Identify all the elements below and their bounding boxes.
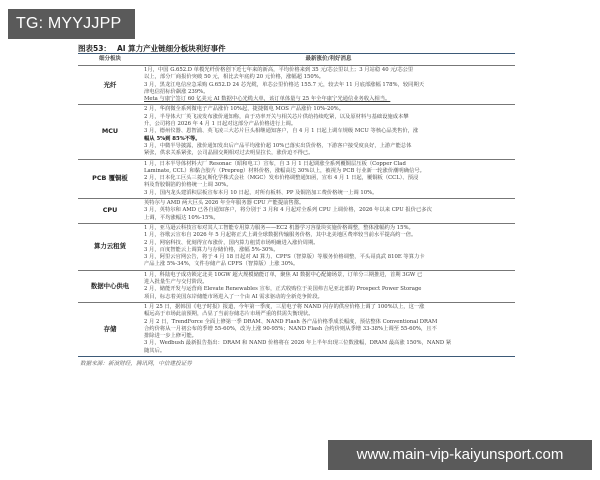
text-line: 以上，部分厂商报价突破 50 元，相比去年底约 20 元价格，涨幅超 150%。: [144, 74, 513, 81]
text-line: 3 月，英特尔和 AMD 已各自通知客户，将分别于 3 月和 4 月起对全系列 …: [144, 207, 513, 214]
content-cell: 1 月，科陆电子成功锁定北美 10GW 超大规模储能订单，聚焦 AI 数据中心配…: [142, 270, 515, 302]
category-cell: 存储: [78, 302, 142, 356]
text-line: 3 月，黑龙江电信应急采购 G.652.D 24 芯光缆，单芯公里价格达 155…: [144, 82, 513, 89]
text-line: 3 月，国内龙头建滔积层板宣布本月 10 日起，对所有板料、PP 及铜箔加工费价…: [144, 190, 513, 197]
events-table: 细分板块 最新涨价/利好消息 光纤 1月，中国 G.652.D 单模光纤价格创下…: [78, 54, 515, 357]
content-cell: 1 月 25 日，据韩国《电子时报》报道，今年第一季度，三星电子将 NAND 闪…: [142, 302, 515, 356]
text-line: 合约价将从一月初公布的季增 55-60%，改为上涨 90-95%；NAND Fl…: [144, 326, 513, 333]
text-line: 1 月，科陆电子成功锁定北美 10GW 超大规模储能订单，聚焦 AI 数据中心配…: [144, 272, 513, 279]
watermark-top-left: TG: MYYJJPP: [8, 9, 135, 39]
category-cell: 数据中心供电: [78, 270, 142, 302]
text-line: 2 月，半导体大厂英飞凌发布涨价通知称，由于功率开关与相关芯片供给持续吃紧，以及…: [144, 114, 513, 121]
data-source-note: 数据来源：新浪财经，腾讯网，中信建投证券: [78, 359, 515, 367]
table-row-pcb-ccl: PCB 覆铜板 1 月，日本半导体材料大厂 Resonac（昭和电工）宣布，自 …: [78, 159, 515, 198]
content-cell: 1月，中国 G.652.D 单模光纤价格创下近七年来的新高，平均价格来到 35 …: [142, 66, 515, 105]
text-line: Meta 与康宁签订 60 亿美元 AI 数据中心光缆大单，该订单体量与 25 …: [144, 96, 513, 103]
text-line: 3 月，Wedbush 最新报告指出：DRAM 和 NAND 价格将在 2026…: [144, 340, 513, 347]
text-line: 1 月，谷歌云宣布自 2026 年 5 月起将正式上调全球数据传输服务价格，其中…: [144, 232, 513, 239]
text-line: 幅从 5%到 85%不等。: [144, 136, 513, 143]
table-row-cloud-compute-rental: 算力云租赁 1 月，亚马逊云科技宣布对其人工智能专用算力服务——EC2 机器学习…: [78, 223, 515, 270]
table-row-datacenter-power: 数据中心供电 1 月，科陆电子成功锁定北美 10GW 超大规模储能订单，聚焦 A…: [78, 270, 515, 302]
content-cell: 2 月，华润微全系列微电子产品涨价 10%起，捷捷微电 MOS 产品涨价 10%…: [142, 105, 515, 159]
category-cell: 算力云租赁: [78, 223, 142, 270]
table-row-storage: 存储 1 月 25 日，据韩国《电子时报》报道，今年第一季度，三星电子将 NAN…: [78, 302, 515, 356]
watermark-bottom-right: www.main-vip-kaiyunsport.com: [328, 440, 592, 470]
content-cell: 英特尔与 AMD 两大巨头 2026 年全年服务器 CPU 产能提前售罄。 3 …: [142, 199, 515, 224]
header-news: 最新涨价/利好消息: [142, 54, 515, 66]
figure-number: 图表53：: [78, 44, 111, 53]
table-header-row: 细分板块 最新涨价/利好消息: [78, 54, 515, 66]
figure-title-text: AI 算力产业链细分板块利好事件: [117, 44, 226, 53]
text-line: 2 月，储能开发与运营商 Elevate Renewables 宣布，正式收购位…: [144, 286, 513, 293]
text-line: 项目，标志着美国东岸储能市场进入了一个由 AI 需求驱动的全新竞争阶段。: [144, 294, 513, 301]
text-line: 幅远高于市场此前预期，凸显了当前存储芯片市场严重的供需失衡现状。: [144, 311, 513, 318]
text-line: 料及背胶铜箔的价格统一上调 30%。: [144, 182, 513, 189]
text-line: 紧张，供求关系紧张，公司晶圆交期相对过去明显拉长，涨价迫不得已。: [144, 150, 513, 157]
text-line: 2 月，网宿科技、优刻得宣布涨价，国内算力租赁市场明确进入涨价周期。: [144, 240, 513, 247]
text-line: 2 月 2 日，TrendForce 全面上修第一季 DRAM、NAND Fla…: [144, 319, 513, 326]
text-line: 1 月，日本半导体材料大厂 Resonac（昭和电工）宣布，自 3 月 1 日起…: [144, 161, 513, 168]
content-cell: 1 月，亚马逊云科技宣布对其人工智能专用算力服务——EC2 机器学习容量块实施价…: [142, 223, 515, 270]
category-cell: PCB 覆铜板: [78, 159, 142, 198]
figure-title: 图表53：AI 算力产业链细分板块利好事件: [78, 44, 515, 54]
category-cell: 光纤: [78, 66, 142, 105]
text-line: 3 月，德州仪器、恩智浦、英飞凌三大芯片巨头相继通知客户，自 4 月 1 日起上…: [144, 128, 513, 135]
category-cell: CPU: [78, 199, 142, 224]
category-cell: MCU: [78, 105, 142, 159]
table-row-mcu: MCU 2 月，华润微全系列微电子产品涨价 10%起，捷捷微电 MOS 产品涨价…: [78, 105, 515, 159]
text-line: 2 月，华润微全系列微电子产品涨价 10%起，捷捷微电 MOS 产品涨价 10%…: [144, 106, 513, 113]
table-row-cpu: CPU 英特尔与 AMD 两大巨头 2026 年全年服务器 CPU 产能提前售罄…: [78, 199, 515, 224]
text-line: 随其后。: [144, 348, 513, 355]
document-figure: 图表53：AI 算力产业链细分板块利好事件 细分板块 最新涨价/利好消息 光纤 …: [78, 44, 515, 367]
table-row-fiber: 光纤 1月，中国 G.652.D 单模光纤价格创下近七年来的新高，平均价格来到 …: [78, 66, 515, 105]
text-line: 产品上涨 5%-34%，文件存储产品 CPFS（智算版）上涨 30%。: [144, 261, 513, 268]
text-line: 上调，平均涨幅达 10%-15%。: [144, 215, 513, 222]
content-cell: 1 月，日本半导体材料大厂 Resonac（昭和电工）宣布，自 3 月 1 日起…: [142, 159, 515, 198]
header-segment: 细分板块: [78, 54, 142, 66]
